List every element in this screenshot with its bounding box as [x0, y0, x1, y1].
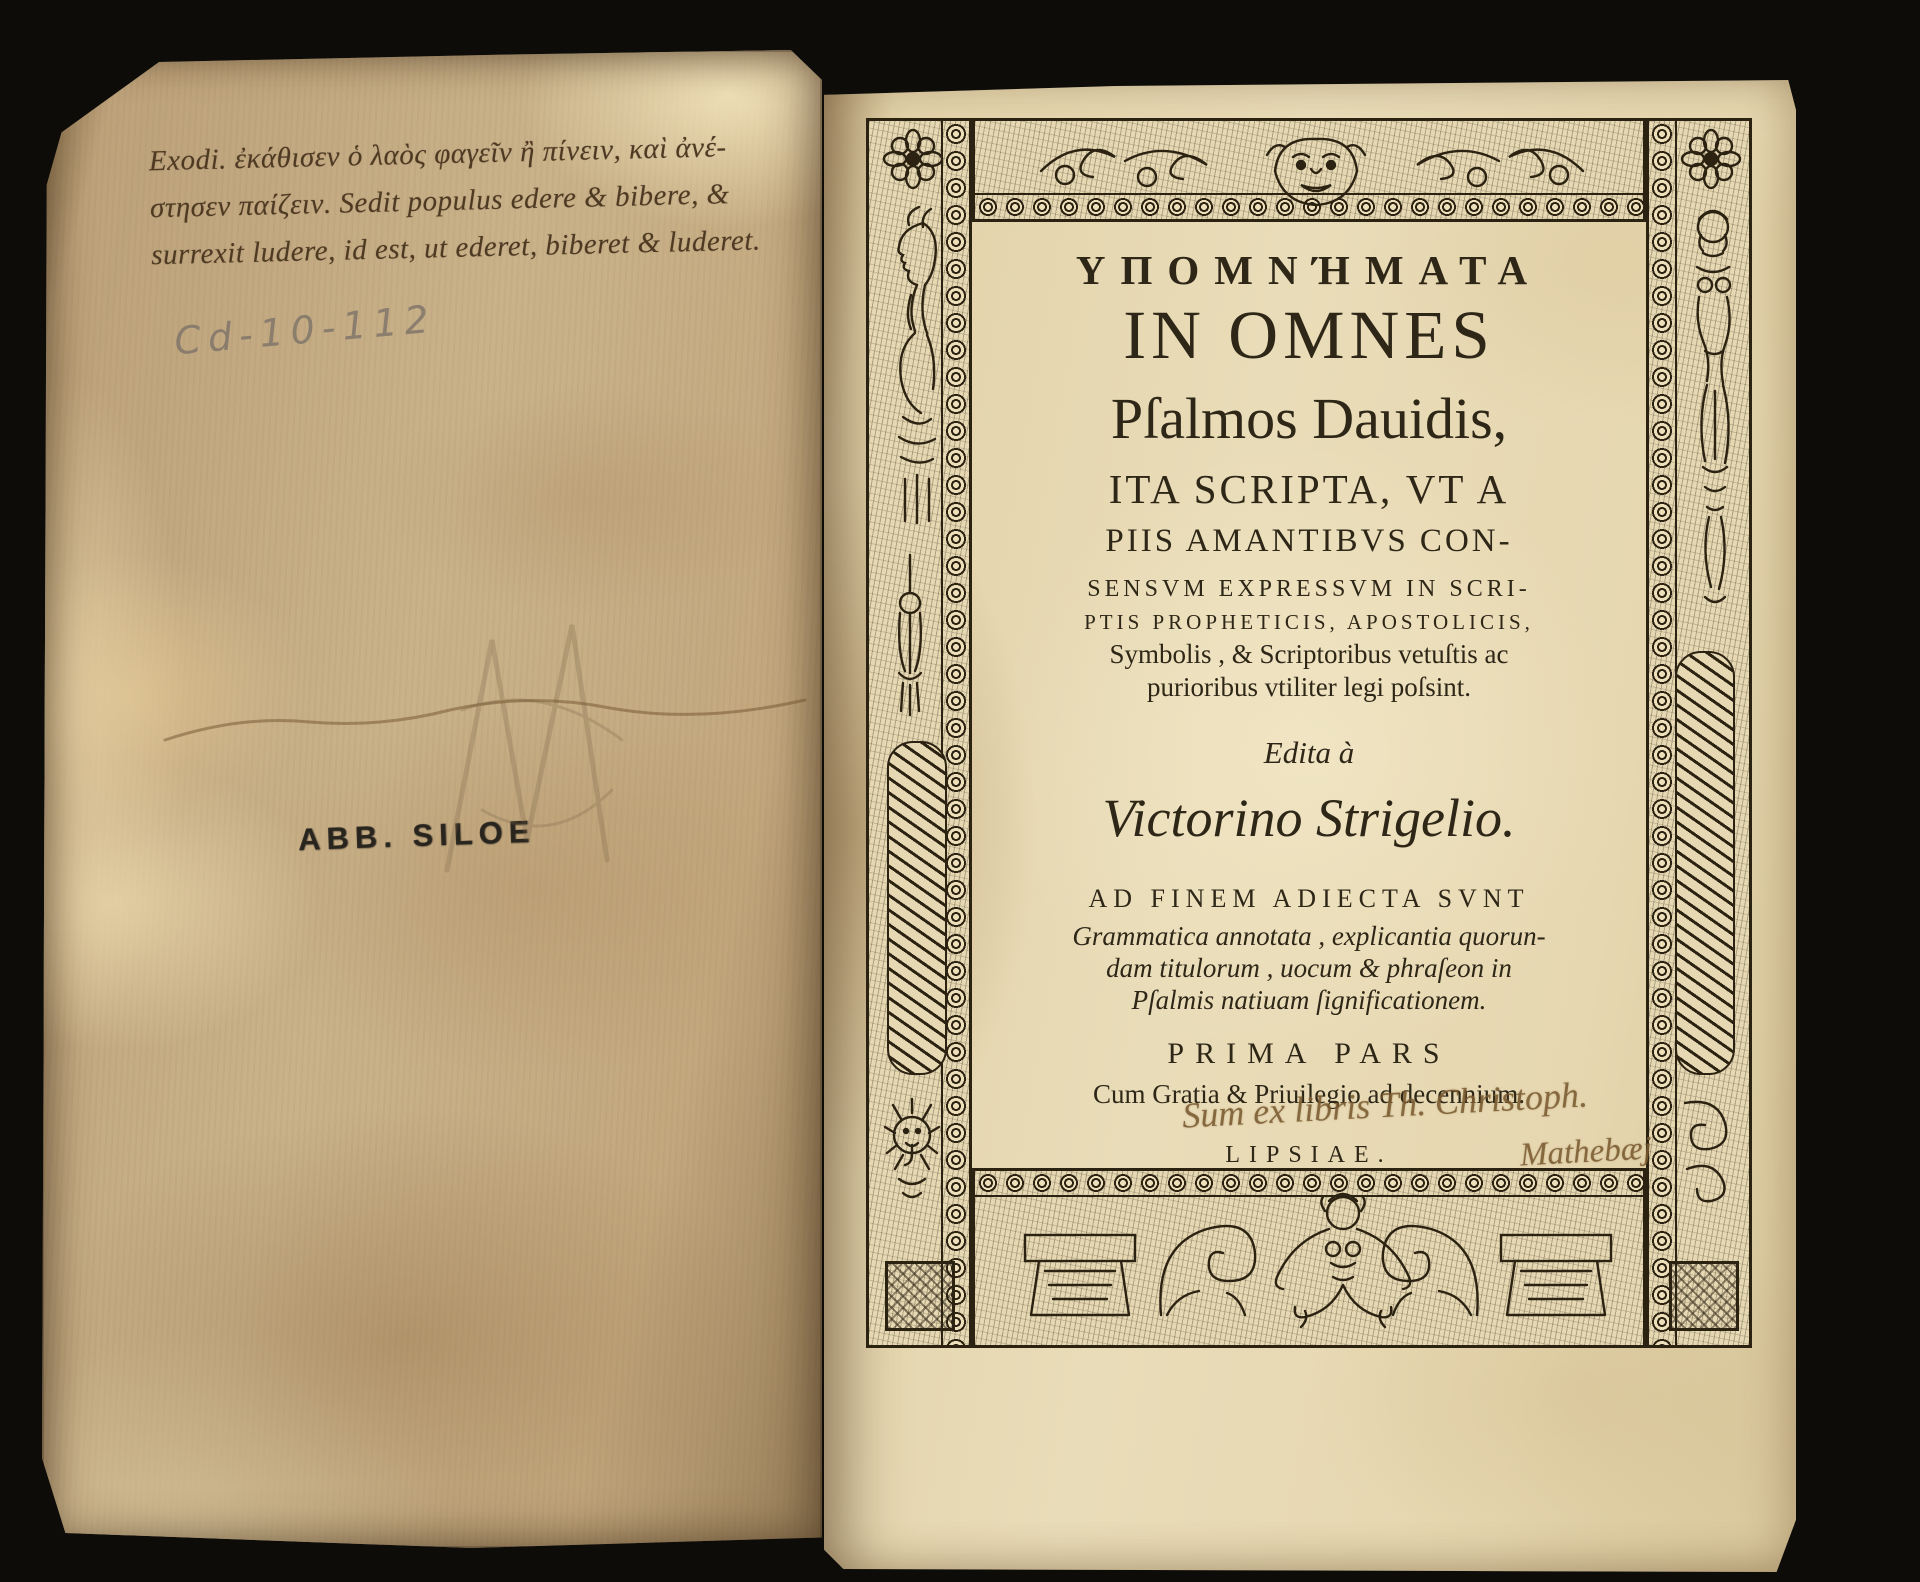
title-line-sensvm: SENSVM EXPRESSVM IN SCRI- [972, 576, 1646, 603]
handwritten-inscription: Exodi. ἐκάθισεν ὁ λαὸς φαγεῖν ἢ πίνειν, … [148, 122, 831, 279]
woodcut-foliage-scroll [1409, 131, 1589, 197]
subtitle-psalmos: Pſalmos Dauidis, [972, 385, 1646, 452]
grammatica-line: dam titulorum , uocum & phraſeon in [972, 953, 1646, 984]
woodcut-tassel-ornament [885, 551, 935, 721]
woodcut-border-right [1646, 118, 1752, 1348]
pencil-shelfmark: Cd-10-112 [173, 297, 438, 364]
title-line-symbolis: Symbolis , & Scriptoribus vetuſtis ac [972, 639, 1646, 670]
cover-crack-line [160, 670, 810, 760]
woodcut-border-top [972, 118, 1646, 222]
woodcut-twisted-column [887, 741, 947, 1075]
woodcut-caryatid-figure [1677, 201, 1747, 621]
woodcut-volute-ornament [1371, 1205, 1491, 1335]
greek-title: ΥΠΟΜΝΉΜΑΤΑ [972, 246, 1646, 294]
woodcut-plinth-ornament [1481, 1211, 1631, 1331]
woodcut-border-bottom [972, 1168, 1646, 1348]
woodcut-flower-ornament [881, 127, 945, 191]
ownership-inscription: Mathebæj [1519, 1131, 1653, 1175]
woodcut-foliage-scroll [1035, 131, 1215, 197]
woodcut-herm-figure [875, 199, 945, 529]
title-line-purioribus: purioribus vtiliter legi poſsint. [972, 672, 1646, 703]
scallop-ornament [941, 121, 969, 1345]
title-line-ptis: PTIS PROPHETICIS, APOSTOLICIS, [972, 610, 1646, 635]
grammatica-line: Pſalmis natiuam ſignificationem. [972, 985, 1646, 1016]
prima-pars-line: PRIMA PARS [972, 1037, 1646, 1071]
woodcut-corner-block [1669, 1261, 1739, 1331]
woodcut-corner-block [885, 1261, 955, 1331]
woodcut-plinth-ornament [1005, 1211, 1155, 1331]
title-text-block: ΥΠΟΜΝΉΜΑΤΑ IN OMNES Pſalmos Dauidis, ITA… [972, 222, 1646, 1168]
woodcut-lion-ornament [879, 1089, 945, 1209]
woodcut-twisted-column [1675, 651, 1735, 1075]
title-line-ita: ITA SCRIPTA, VT A [972, 465, 1646, 513]
book-photo: Exodi. ἐκάθισεν ὁ λαὸς φαγεῖν ἢ πίνειν, … [0, 0, 1920, 1582]
woodcut-mask-ornament [1261, 127, 1371, 215]
woodcut-border-left [866, 118, 972, 1348]
woodcut-scroll-ornament [1673, 1089, 1739, 1209]
edita-line: Edita à [972, 735, 1646, 771]
main-title: IN OMNES [972, 296, 1646, 375]
grammatica-line: Grammatica annotata , explicantia quorun… [972, 921, 1646, 952]
ad-finem-heading: AD FINEM ADIECTA SVNT [972, 884, 1646, 914]
inside-front-cover: Exodi. ἐκάθισεν ὁ λαὸς φαγεῖν ἢ πίνειν, … [42, 50, 822, 1548]
title-page: ΥΠΟΜΝΉΜΑΤΑ IN OMNES Pſalmos Dauidis, ITA… [824, 80, 1796, 1572]
woodcut-flower-ornament [1679, 127, 1743, 191]
author-name: Victorino Strigelio. [972, 787, 1646, 849]
title-line-piis: PIIS AMANTIBVS CON- [972, 523, 1646, 560]
